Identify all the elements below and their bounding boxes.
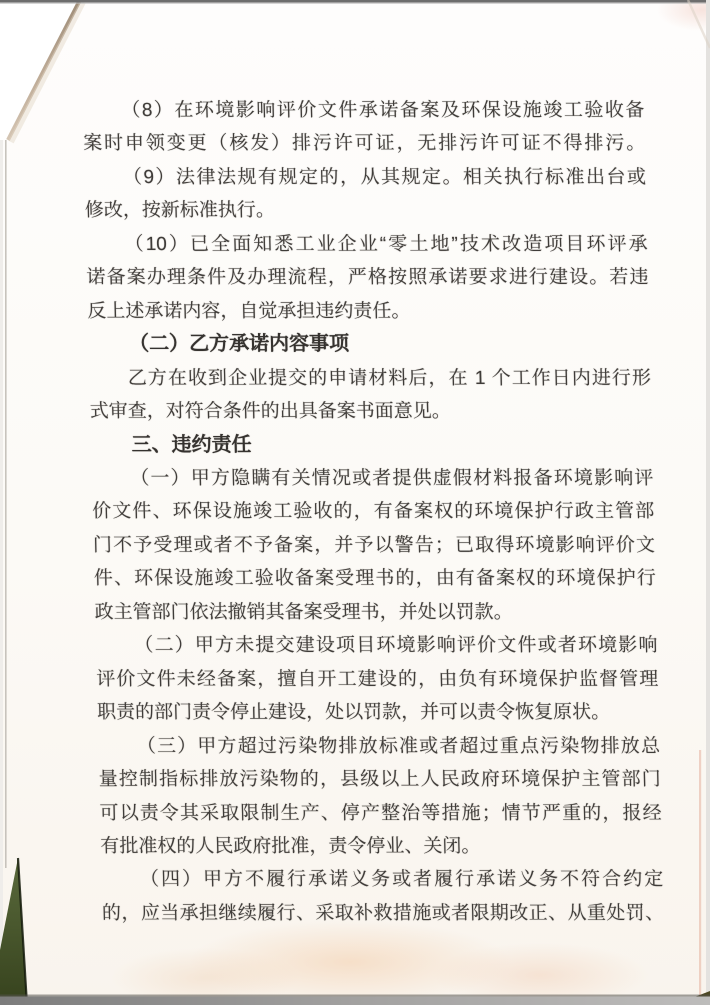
text-line: 件、环保设施竣工验收备案受理书的，由有备案权的环境保护行 bbox=[93, 562, 656, 595]
text-line: 式审查，对符合条件的出具备案书面意见。 bbox=[89, 395, 652, 428]
text-line: 修改，按新标准执行。 bbox=[84, 194, 647, 227]
text-line: （四）甲方不履行承诺义务或者履行承诺义务不符合约定 bbox=[101, 863, 664, 896]
heading-line: （二）乙方承诺内容事项 bbox=[88, 328, 651, 361]
text-line: 量控制指标排放污染物的，县级以上人民政府环境保护主管部门 bbox=[98, 763, 661, 796]
text-line: （一）甲方隐瞒有关情况或者提供虚假材料报备环境影响评 bbox=[91, 462, 654, 495]
text-line: （三）甲方超过污染物排放标准或者超过重点污染物排放总 bbox=[98, 730, 661, 763]
text-line: 门不予受理或者不予备案，并予以警告；已取得环境影响评价文 bbox=[93, 529, 656, 562]
text-line: 评价文件未经备案，擅自开工建设的，由负有环境保护监督管理 bbox=[96, 663, 659, 696]
text-line: 政主管部门依法撤销其备案受理书，并处以罚款。 bbox=[94, 596, 657, 629]
text-line: 有批准权的人民政府批准，责令停业、关闭。 bbox=[100, 830, 663, 863]
text-line: （10）已全面知悉工业企业“零土地”技术改造项目环评承 bbox=[85, 228, 648, 261]
scanned-page: （8）在环境影响评价文件承诺备案及环保设施竣工验收备案时申领变更（核发）排污许可… bbox=[0, 0, 710, 1005]
text-line: 职责的部门责令停止建设，处以罚款，并可以责令恢复原状。 bbox=[97, 696, 660, 729]
text-line: 反上述承诺内容，自觉承担违约责任。 bbox=[87, 295, 650, 328]
text-line: （二）甲方未提交建设项目环境影响评价文件或者环境影响 bbox=[95, 629, 658, 662]
text-line: 乙方在收到企业提交的申请材料后，在 1 个工作日内进行形 bbox=[89, 362, 652, 395]
document-lines: （8）在环境影响评价文件承诺备案及环保设施竣工验收备案时申领变更（核发）排污许可… bbox=[82, 94, 664, 930]
text-line: 价文件、环保设施竣工验收的，有备案权的环境保护行政主管部 bbox=[92, 495, 655, 528]
text-line: 的，应当承担继续履行、采取补救措施或者限期改正、从重处罚、 bbox=[102, 897, 665, 930]
text-line: （9）法律法规有规定的，从其规定。相关执行标准出台或 bbox=[84, 161, 647, 194]
heading-line: 三、违约责任 bbox=[90, 429, 653, 462]
text-line: 案时申领变更（核发）排污许可证，无排污许可证不得排污。 bbox=[83, 127, 646, 160]
text-line: 可以责令其采取限制生产、停产整治等措施；情节严重的，报经 bbox=[99, 797, 662, 830]
text-line: 诺备案办理条件及办理流程，严格按照承诺要求进行建设。若违 bbox=[86, 261, 649, 294]
text-line: （8）在环境影响评价文件承诺备案及环保设施竣工验收备 bbox=[82, 94, 645, 127]
